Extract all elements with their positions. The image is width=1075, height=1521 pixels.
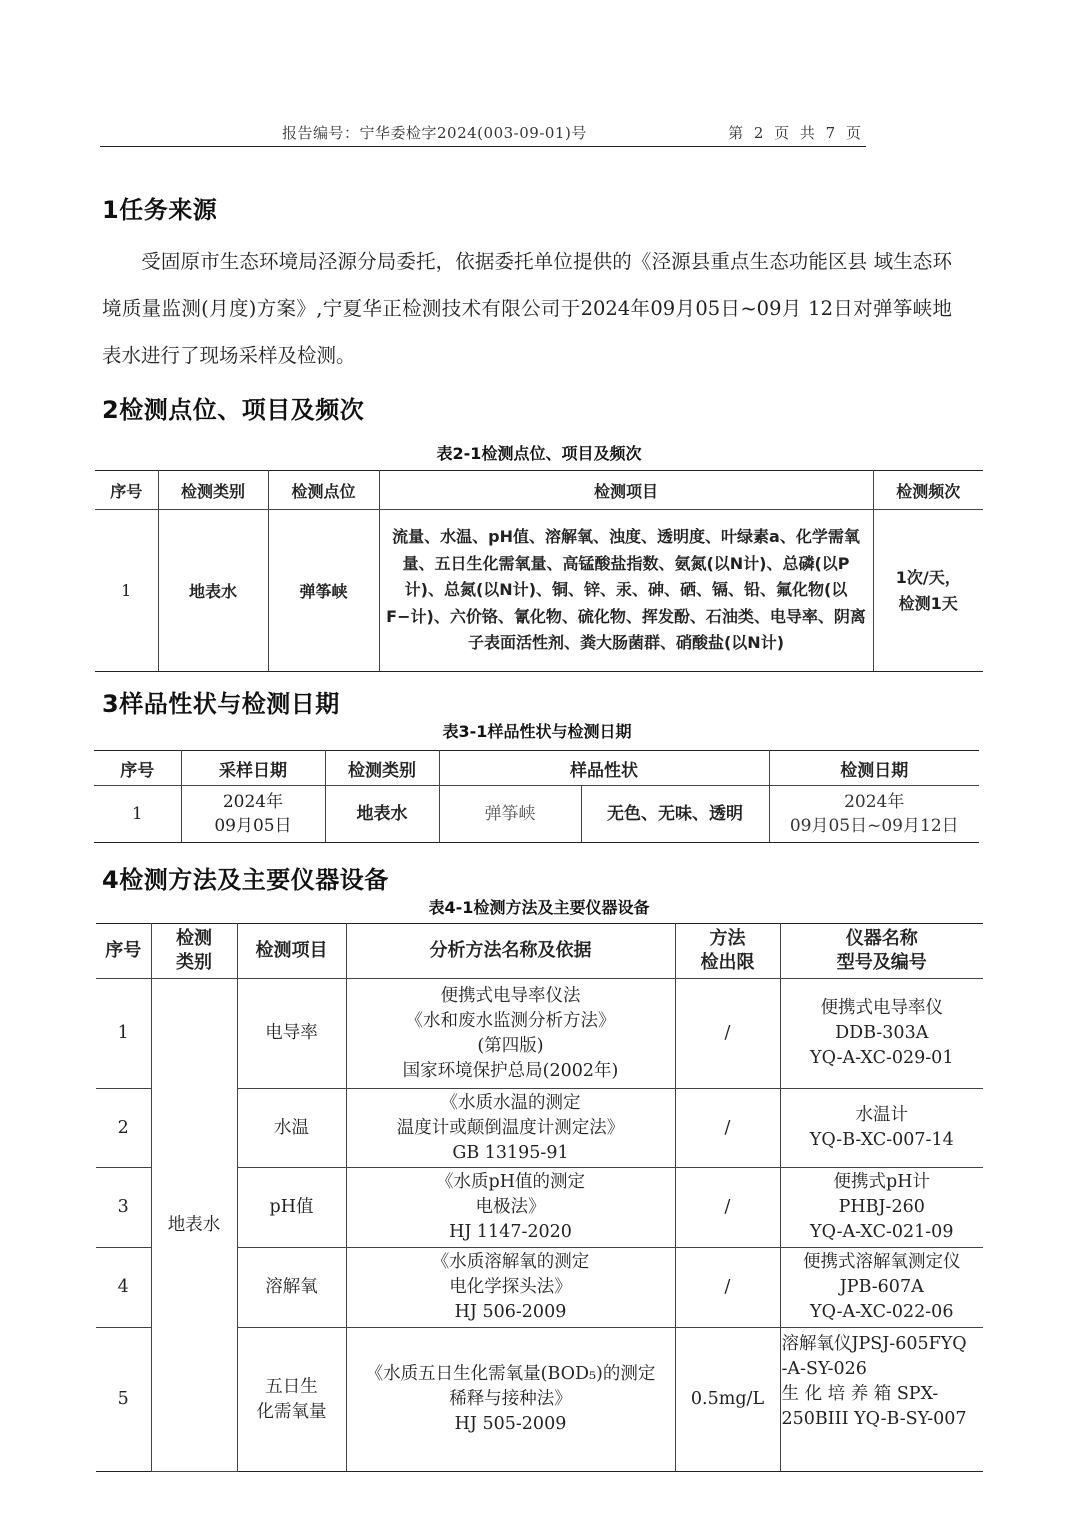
table-2-1: 序号 检测类别 检测点位 检测项目 检测频次 1 地表水 弹筝峡 流量、水温、p… — [95, 470, 983, 672]
cell-no: 4 — [96, 1248, 151, 1328]
col-header: 检测类别 — [325, 751, 439, 786]
cell-instrument: 便携式电导率仪 DDB-303A YQ-A-XC-029-01 — [780, 979, 983, 1089]
col-header: 方法 检出限 — [675, 924, 780, 979]
section-1-paragraph: 受固原市生态环境局泾源分局委托，依据委托单位提供的《泾源县重点生态功能区县 域生… — [102, 238, 952, 379]
cell-method: 便携式电导率仪法 《水和废水监测分析方法》 (第四版) 国家环境保护总局(200… — [346, 979, 675, 1089]
col-header: 检测项目 — [379, 471, 873, 510]
cell-category: 地表水 — [158, 510, 268, 672]
cell-instrument: 水温计 YQ-B-XC-007-14 — [780, 1089, 983, 1168]
col-header: 仪器名称 型号及编号 — [780, 924, 983, 979]
cell-appearance: 无色、无味、透明 — [581, 786, 769, 843]
section-2-title: 2检测点位、项目及频次 — [102, 390, 364, 425]
table-3-1: 序号 采样日期 检测类别 样品性状 检测日期 1 2024年 09月05日 地表… — [94, 750, 979, 843]
cell-no: 5 — [96, 1328, 151, 1472]
cell-limit: 0.5mg/L — [675, 1328, 780, 1472]
cell-category: 地表水 — [151, 979, 237, 1472]
cell-no: 1 — [96, 979, 151, 1089]
cell-instrument: 便携式溶解氧测定仪 JPB-607A YQ-A-XC-022-06 — [780, 1248, 983, 1328]
col-header: 采样日期 — [181, 751, 325, 786]
table-header-row: 序号 检测类别 检测点位 检测项目 检测频次 — [95, 471, 983, 510]
col-header: 检测项目 — [237, 924, 346, 979]
section-1-title: 1任务来源 — [102, 190, 217, 225]
cell-item: 水温 — [237, 1089, 346, 1168]
page-number: 第 2 页 共 7 页 — [728, 122, 864, 143]
table-2-1-caption: 表2-1检测点位、项目及频次 — [95, 441, 983, 464]
cell-test-date: 2024年 09月05日~09月12日 — [769, 786, 979, 843]
table-row: 1 地表水 电导率 便携式电导率仪法 《水和废水监测分析方法》 (第四版) 国家… — [96, 979, 983, 1089]
col-header: 序号 — [96, 924, 151, 979]
cell-site: 弹筝峡 — [268, 510, 379, 672]
cell-method: 《水质溶解氧的测定 电化学探头法》 HJ 506-2009 — [346, 1248, 675, 1328]
cell-method: 《水质pH值的测定 电极法》 HJ 1147-2020 — [346, 1168, 675, 1248]
cell-test-items: 流量、水温、pH值、溶解氧、浊度、透明度、叶绿素a、化学需氧量、五日生化需氧量、… — [379, 510, 873, 672]
col-header: 序号 — [95, 471, 158, 510]
cell-item: 溶解氧 — [237, 1248, 346, 1328]
cell-no: 1 — [94, 786, 181, 843]
cell-no: 3 — [96, 1168, 151, 1248]
cell-no: 1 — [95, 510, 158, 672]
cell-no: 2 — [96, 1089, 151, 1168]
cell-item: 五日生 化需氧量 — [237, 1328, 346, 1472]
section-4-title: 4检测方法及主要仪器设备 — [102, 860, 389, 895]
page-header: 报告编号：宁华委检字2024(003-09-01)号 第 2 页 共 7 页 — [100, 120, 866, 147]
section-3-title: 3样品性状与检测日期 — [102, 684, 340, 719]
cell-limit: / — [675, 979, 780, 1089]
col-header: 检测日期 — [769, 751, 979, 786]
table-header-row: 序号 采样日期 检测类别 样品性状 检测日期 — [94, 751, 979, 786]
col-header: 样品性状 — [439, 751, 769, 786]
table-3-1-caption: 表3-1样品性状与检测日期 — [95, 719, 979, 742]
col-header: 检测频次 — [873, 471, 983, 510]
cell-frequency: 1次/天， 检测1天 — [873, 510, 983, 672]
cell-site: 弹筝峡 — [439, 786, 581, 843]
report-number: 报告编号：宁华委检字2024(003-09-01)号 — [282, 122, 587, 143]
cell-instrument: 溶解氧仪JPSJ-605FYQ -A-SY-026 生 化 培 养 箱 SPX-… — [780, 1328, 983, 1472]
table-header-row: 序号 检测 类别 检测项目 分析方法名称及依据 方法 检出限 仪器名称 型号及编… — [96, 924, 983, 979]
col-header: 序号 — [94, 751, 181, 786]
table-4-1: 序号 检测 类别 检测项目 分析方法名称及依据 方法 检出限 仪器名称 型号及编… — [96, 923, 983, 1472]
cell-method: 《水质水温的测定 温度计或颠倒温度计测定法》 GB 13195-91 — [346, 1089, 675, 1168]
cell-item: pH值 — [237, 1168, 346, 1248]
col-header: 检测 类别 — [151, 924, 237, 979]
table-row: 1 地表水 弹筝峡 流量、水温、pH值、溶解氧、浊度、透明度、叶绿素a、化学需氧… — [95, 510, 983, 672]
cell-limit: / — [675, 1248, 780, 1328]
cell-instrument: 便携式pH计 PHBJ-260 YQ-A-XC-021-09 — [780, 1168, 983, 1248]
table-4-1-caption: 表4-1检测方法及主要仪器设备 — [95, 895, 983, 918]
col-header: 检测点位 — [268, 471, 379, 510]
cell-sampling-date: 2024年 09月05日 — [181, 786, 325, 843]
cell-category: 地表水 — [325, 786, 439, 843]
col-header: 分析方法名称及依据 — [346, 924, 675, 979]
cell-item: 电导率 — [237, 979, 346, 1089]
cell-limit: / — [675, 1168, 780, 1248]
table-row: 1 2024年 09月05日 地表水 弹筝峡 无色、无味、透明 2024年 09… — [94, 786, 979, 843]
cell-limit: / — [675, 1089, 780, 1168]
cell-method: 《水质五日生化需氧量(BOD₅)的测定 稀释与接种法》 HJ 505-2009 — [346, 1328, 675, 1472]
col-header: 检测类别 — [158, 471, 268, 510]
